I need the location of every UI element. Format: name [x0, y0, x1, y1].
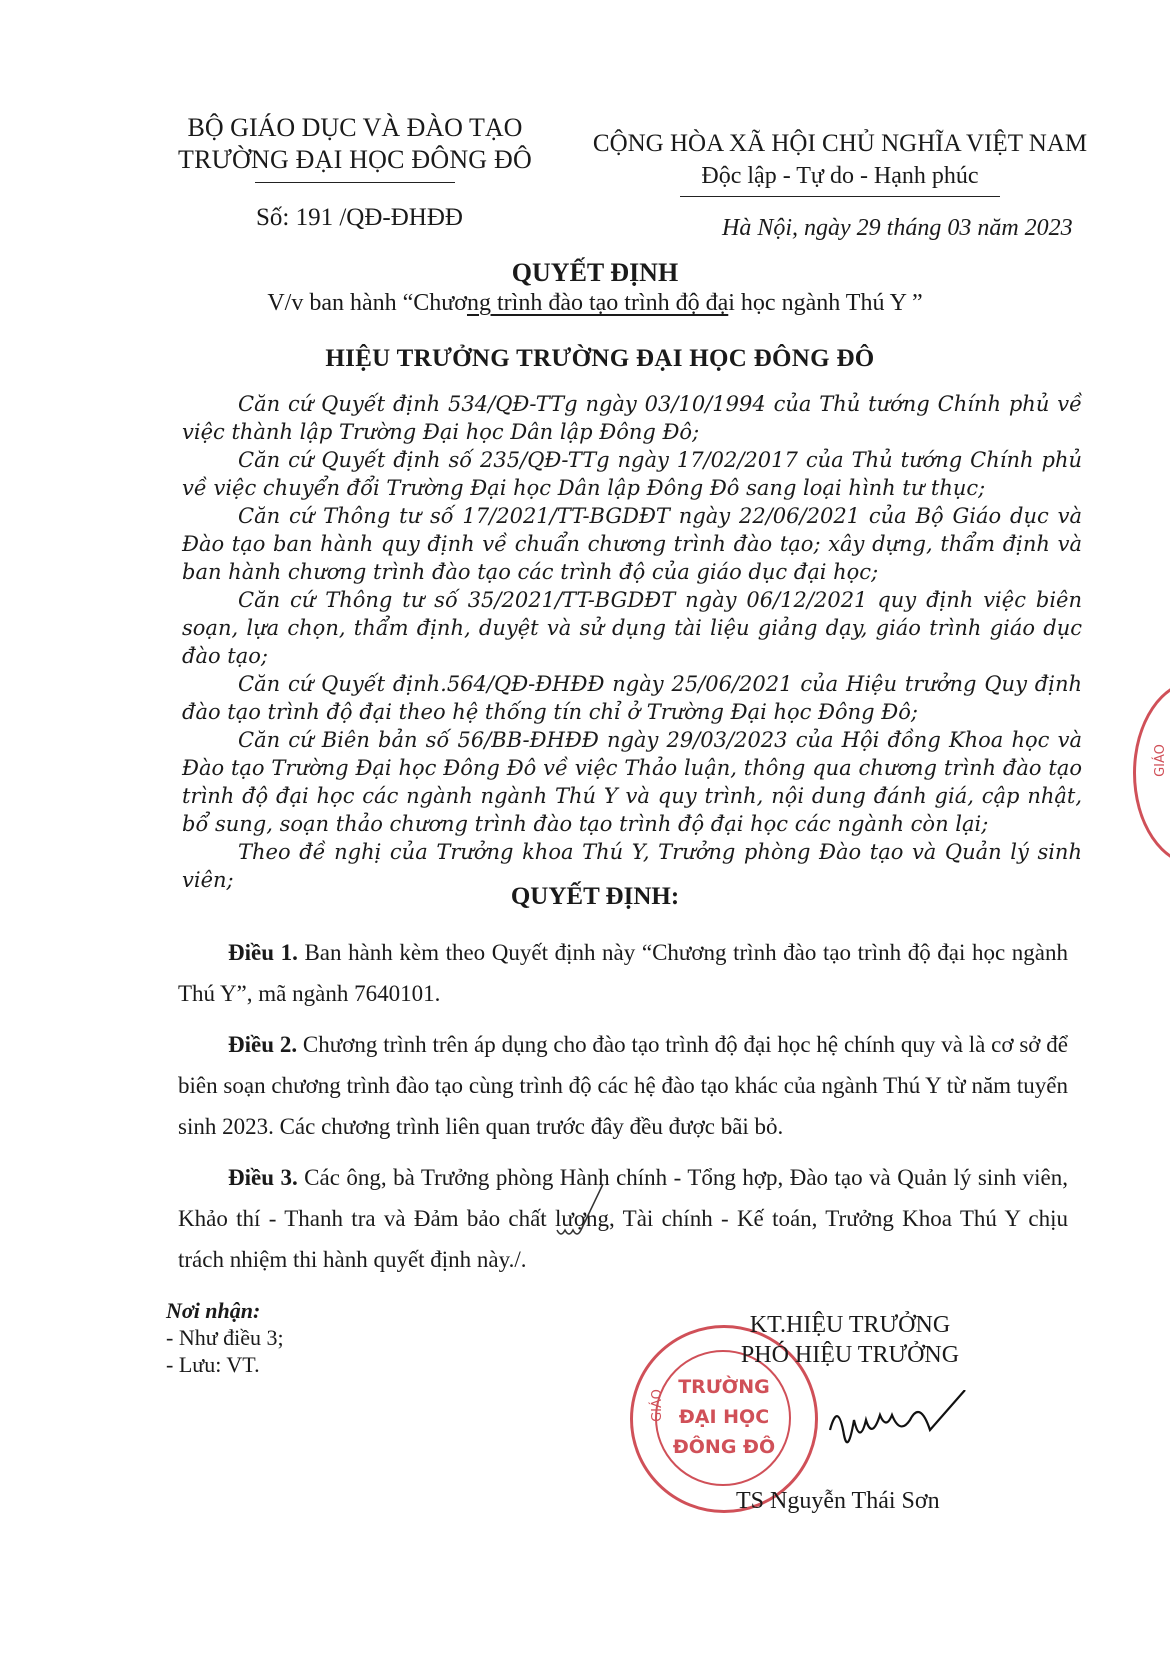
article-text: Ban hành kèm theo Quyết định này “Chương…	[178, 940, 1068, 1006]
signature-title-1: KT.HIỆU TRƯỞNG	[700, 1310, 1000, 1340]
document-number: Số: 191 /QĐ-ĐHĐĐ	[256, 204, 463, 232]
preamble-item: Căn cứ Thông tư số 35/2021/TT-BGDĐT ngày…	[182, 586, 1082, 670]
subject-underlined: ng trình đào tạo trình độ đạ	[467, 290, 728, 316]
article-label: Điều 3.	[228, 1165, 298, 1190]
initial-mark-icon	[555, 1182, 615, 1242]
article-2: Điều 2. Chương trình trên áp dụng cho đà…	[178, 1024, 1068, 1147]
issuer-heading: HIỆU TRƯỞNG TRƯỜNG ĐẠI HỌC ĐÔNG ĐÔ	[0, 345, 1170, 373]
issuing-authority: BỘ GIÁO DỤC VÀ ĐÀO TẠO TRƯỜNG ĐẠI HỌC ĐÔ…	[150, 112, 560, 183]
article-text: Chương trình trên áp dụng cho đào tạo tr…	[178, 1032, 1068, 1139]
preamble-item: Căn cứ Thông tư số 17/2021/TT-BGDĐT ngày…	[182, 502, 1082, 586]
ministry-name: BỘ GIÁO DỤC VÀ ĐÀO TẠO	[150, 112, 560, 144]
stamp-line: ĐÔNG ĐÔ	[633, 1432, 815, 1462]
stamp-line: TRƯỜNG	[633, 1372, 815, 1402]
preamble-item: Căn cứ Quyết định 534/QĐ-TTg ngày 03/10/…	[182, 390, 1082, 446]
issue-date: Hà Nội, ngày 29 tháng 03 năm 2023	[722, 215, 1073, 242]
preamble: Căn cứ Quyết định 534/QĐ-TTg ngày 03/10/…	[182, 390, 1082, 894]
document-title: QUYẾT ĐỊNH	[0, 258, 1170, 288]
page-edge-stamp: GIÁO	[1133, 680, 1170, 866]
preamble-item: Căn cứ Quyết định số 235/QĐ-TTg ngày 17/…	[182, 446, 1082, 502]
national-motto: Độc lập - Tự do - Hạnh phúc	[570, 160, 1110, 192]
article-label: Điều 2.	[228, 1032, 297, 1057]
header-left-divider	[255, 182, 455, 183]
preamble-item: Căn cứ Biên bản số 56/BB-ĐHĐĐ ngày 29/03…	[182, 726, 1082, 838]
recipient-item: - Lưu: VT.	[166, 1351, 284, 1378]
article-text: Các ông, bà Trưởng phòng Hành chính - Tổ…	[178, 1165, 1068, 1272]
subject-suffix: i học ngành Thú Y ”	[728, 290, 922, 316]
university-name: TRƯỜNG ĐẠI HỌC ĐÔNG ĐÔ	[150, 144, 560, 176]
decision-heading: QUYẾT ĐỊNH:	[0, 883, 1170, 911]
country-name: CỘNG HÒA XÃ HỘI CHỦ NGHĨA VIỆT NAM	[570, 128, 1110, 160]
signature-title-2: PHÓ HIỆU TRƯỞNG	[700, 1340, 1000, 1370]
article-3: Điều 3. Các ông, bà Trưởng phòng Hành ch…	[178, 1157, 1068, 1280]
article-label: Điều 1.	[228, 940, 298, 965]
handwritten-signature-icon	[825, 1390, 975, 1470]
stamp-line: ĐẠI HỌC	[633, 1402, 815, 1432]
preamble-item: Căn cứ Quyết định.564/QĐ-ĐHĐĐ ngày 25/06…	[182, 670, 1082, 726]
header-right-divider	[680, 196, 1000, 197]
stamp-text: TRƯỜNG ĐẠI HỌC ĐÔNG ĐÔ	[633, 1372, 815, 1462]
signer-name: TS Nguyễn Thái Sơn	[736, 1488, 940, 1515]
subject-prefix: V/v ban hành “Chươ	[267, 290, 467, 316]
article-1: Điều 1. Ban hành kèm theo Quyết định này…	[178, 932, 1068, 1014]
stamp-edge-text: GIÁO	[1153, 744, 1168, 777]
signature-block: KT.HIỆU TRƯỞNG PHÓ HIỆU TRƯỞNG	[700, 1310, 1000, 1370]
document-subject: V/v ban hành “Chương trình đào tạo trình…	[0, 290, 1170, 317]
articles: Điều 1. Ban hành kèm theo Quyết định này…	[178, 932, 1068, 1290]
recipient-item: - Như điều 3;	[166, 1324, 284, 1351]
recipients-title: Nơi nhận:	[166, 1297, 284, 1324]
recipients: Nơi nhận: - Như điều 3; - Lưu: VT.	[166, 1297, 284, 1378]
national-header: CỘNG HÒA XÃ HỘI CHỦ NGHĨA VIỆT NAM Độc l…	[570, 128, 1110, 197]
